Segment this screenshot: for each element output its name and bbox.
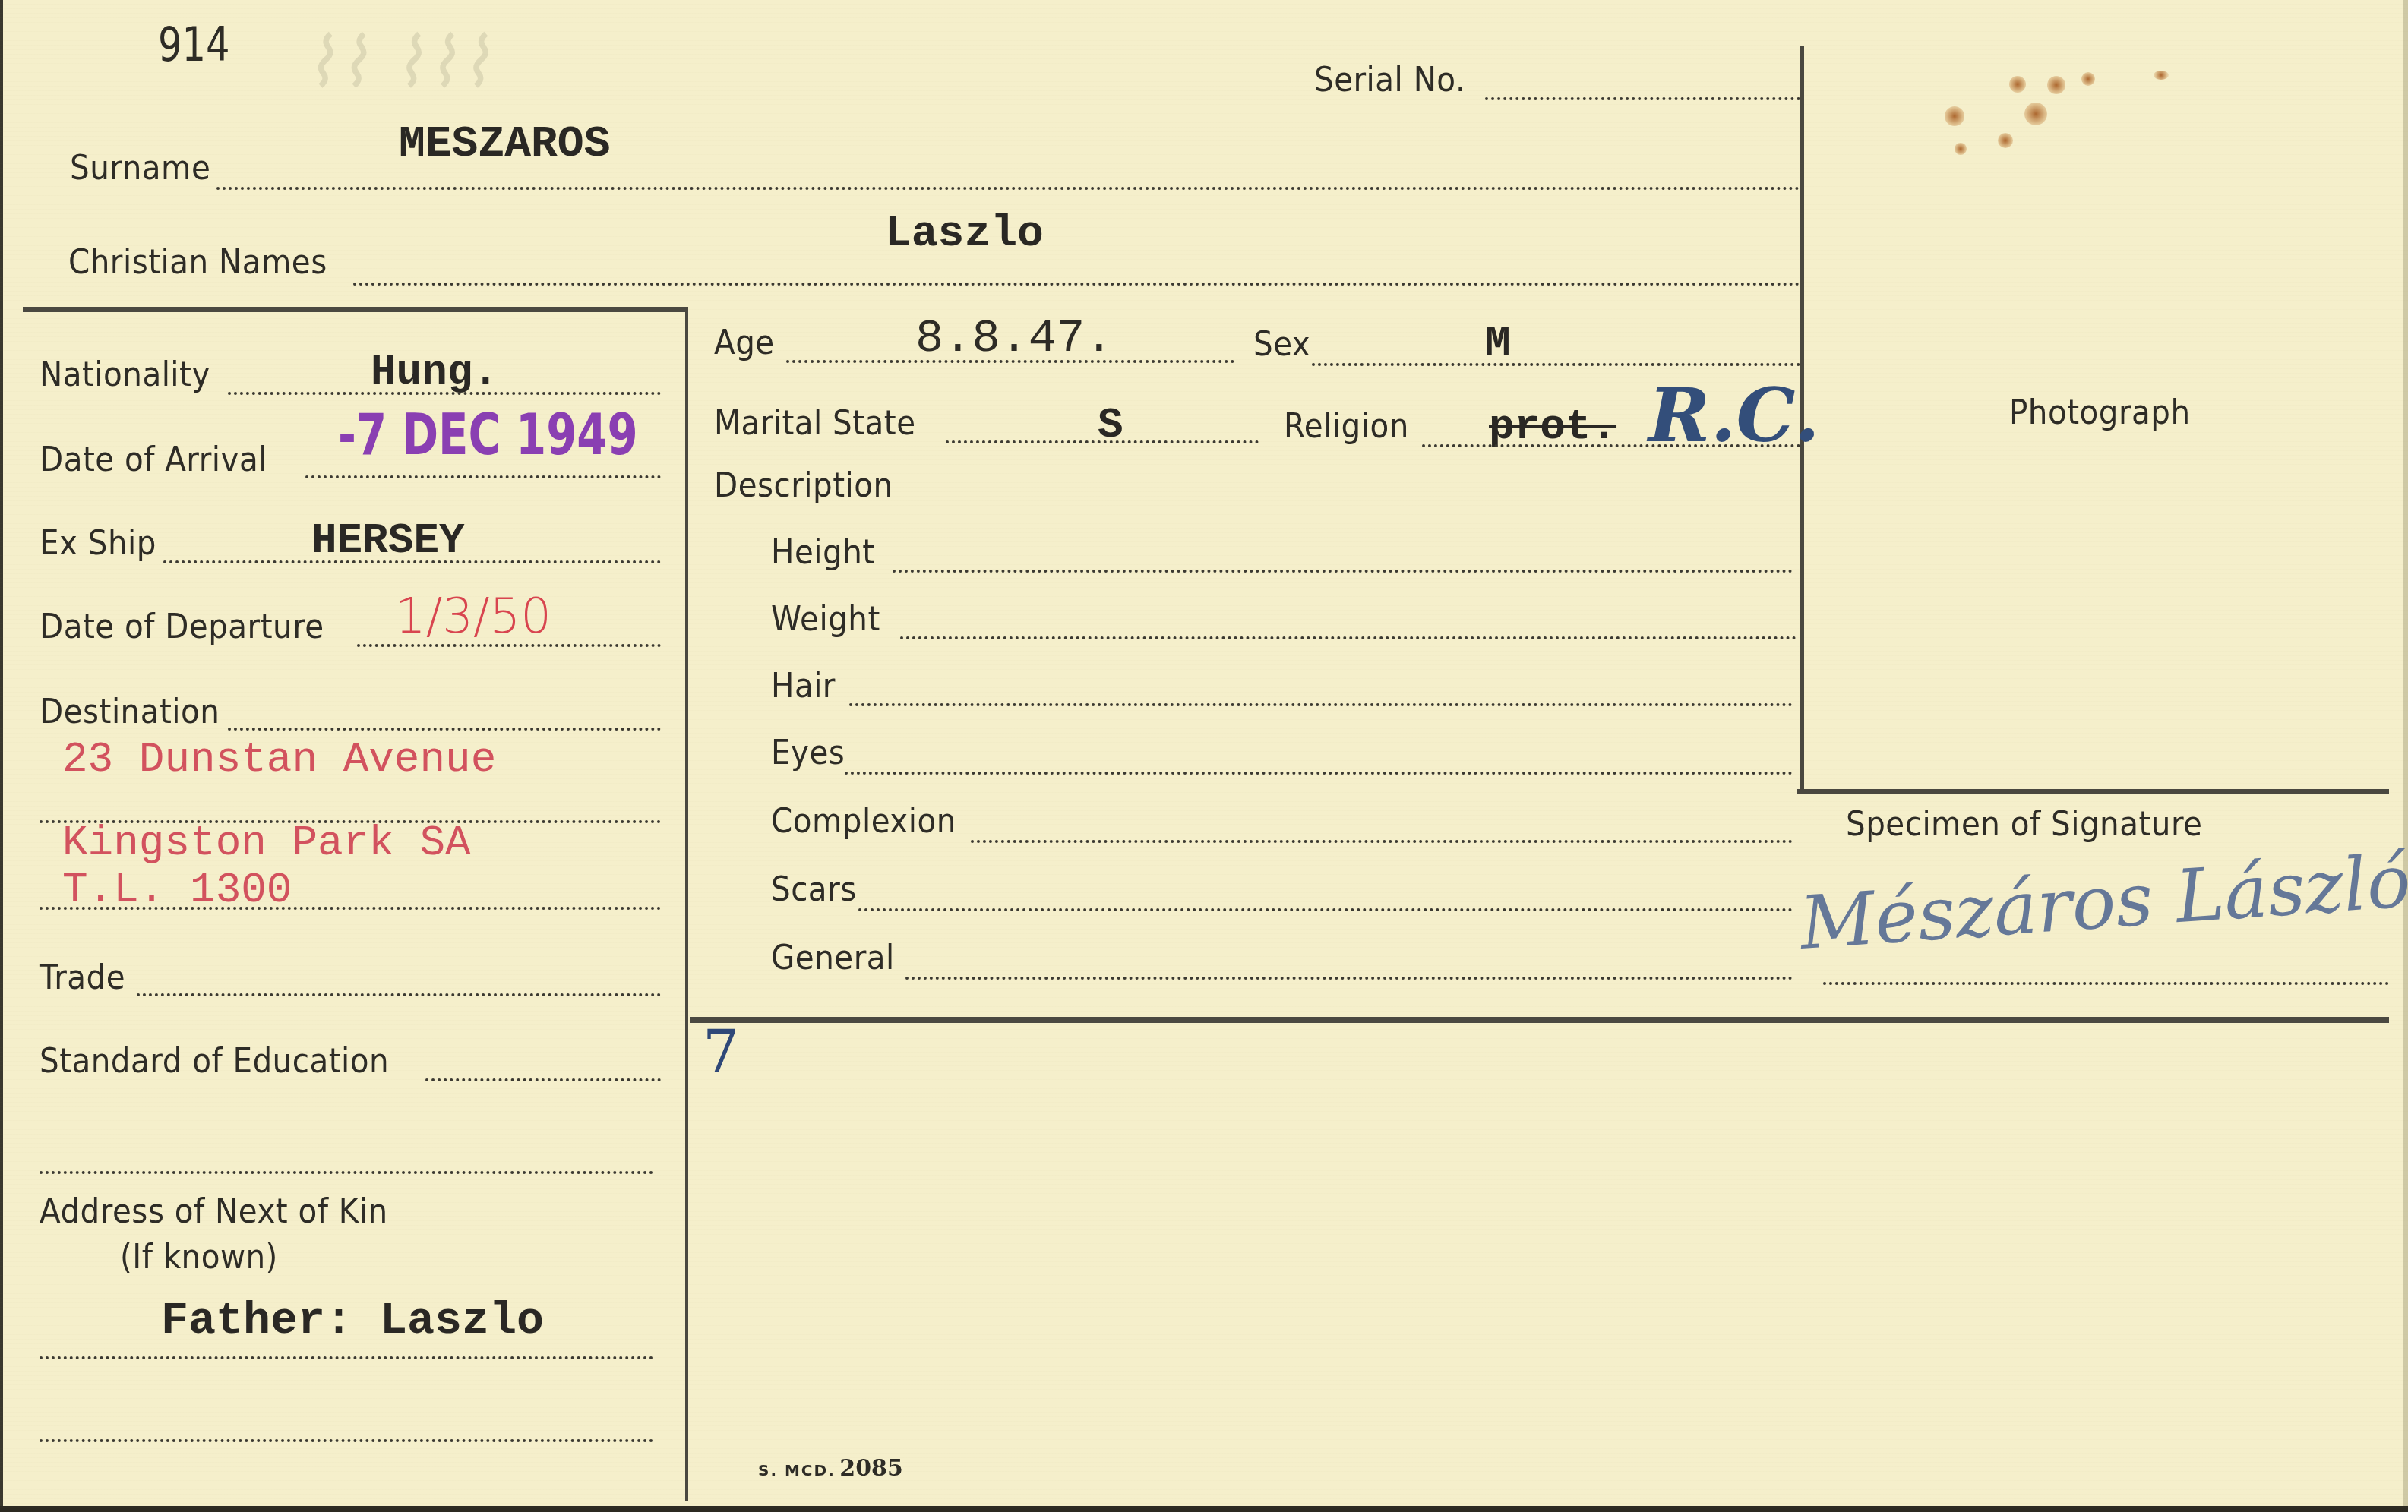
ex-ship-line [163,560,661,563]
next-of-kin-line-2 [40,1439,653,1442]
education-extra-line [40,1171,653,1174]
trade-label: Trade [40,958,125,997]
signature-label: Specimen of Signature [1846,805,2202,844]
eyes-label: Eyes [771,734,845,772]
surname-value[interactable]: MESZAROS [399,120,610,169]
next-of-kin-line-1 [40,1356,653,1359]
weight-label: Weight [771,600,880,639]
date-of-departure-value[interactable]: 1/3/50 [395,589,551,645]
faint-pencil-marks: ⌇⌇ ⌇⌇⌇ [304,23,492,103]
complexion-field[interactable] [971,840,1793,843]
standard-of-education-label: Standard of Education [40,1042,389,1081]
photo-box-bottom-border [1797,789,2389,794]
marital-state-line [946,440,1259,443]
next-of-kin-label: Address of Next of Kin [40,1192,388,1231]
nationality-line [228,392,661,395]
surname-label: Surname [70,149,210,188]
standard-of-education-field[interactable] [425,1078,661,1081]
age-value[interactable]: 8.8.47. [915,311,1113,365]
destination-line-1 [228,728,661,731]
serial-no-field[interactable] [1485,97,1800,100]
christian-names-field-line [353,283,1800,286]
eyes-field[interactable] [845,772,1793,775]
date-of-departure-line [357,644,661,647]
immigration-record-card: ⌇⌇ ⌇⌇⌇ 914 Serial No. Surname MESZAROS C… [0,0,2408,1512]
ex-ship-label: Ex Ship [40,524,156,563]
ex-ship-value[interactable]: HERSEY [311,516,465,565]
religion-label: Religion [1284,407,1409,446]
trade-field[interactable] [137,993,661,996]
photograph-area[interactable] [1808,46,2389,788]
date-of-arrival-stamp[interactable]: -7 DEC 1949 [338,402,638,468]
form-code-prefix: S. MCD. [758,1461,836,1479]
height-field[interactable] [893,570,1793,573]
age-line [786,360,1234,363]
hair-field[interactable] [849,703,1793,706]
sex-line [1312,363,1800,366]
description-label: Description [714,466,893,505]
sex-label: Sex [1253,325,1310,364]
height-label: Height [771,533,875,572]
destination-label: Destination [40,693,220,731]
signature-line [1823,982,2389,985]
general-field[interactable] [905,977,1793,980]
scars-label: Scars [771,870,857,909]
form-code: S. MCD. 2085 [758,1455,903,1482]
christian-names-label: Christian Names [68,243,327,282]
divider-vertical-left [685,307,688,1501]
next-of-kin-value[interactable]: Father: Laszlo [161,1296,544,1347]
handwritten-annotation: 7 [703,1018,739,1085]
destination-address-line-1[interactable]: 23 Dunstan Avenue [62,735,496,784]
religion-line [1422,444,1800,447]
date-of-departure-label: Date of Departure [40,608,324,646]
divider-thick-right [690,1017,2389,1023]
nationality-label: Nationality [40,355,210,394]
surname-field-line [216,187,1800,190]
christian-names-value[interactable]: Laszlo [885,210,1044,259]
destination-line-3 [40,907,661,910]
hair-label: Hair [771,667,836,705]
age-label: Age [714,324,775,362]
weight-field[interactable] [900,636,1797,639]
complexion-label: Complexion [771,802,956,841]
serial-no-label: Serial No. [1314,61,1465,99]
divider-thick-left [23,307,688,312]
marital-state-label: Marital State [714,404,916,443]
form-code-number: 2085 [839,1455,903,1482]
date-of-arrival-label: Date of Arrival [40,440,267,479]
date-of-arrival-line [305,475,661,478]
destination-address-line-2[interactable]: Kingston Park SA [62,819,471,867]
card-number: 914 [158,17,230,72]
sex-value[interactable]: M [1485,319,1511,368]
nationality-value[interactable]: Hung. [371,348,498,396]
signature-value[interactable]: Mészáros László [1797,838,2408,966]
next-of-kin-sublabel: (If known) [120,1238,278,1277]
scars-field[interactable] [858,908,1793,911]
general-label: General [771,939,895,977]
